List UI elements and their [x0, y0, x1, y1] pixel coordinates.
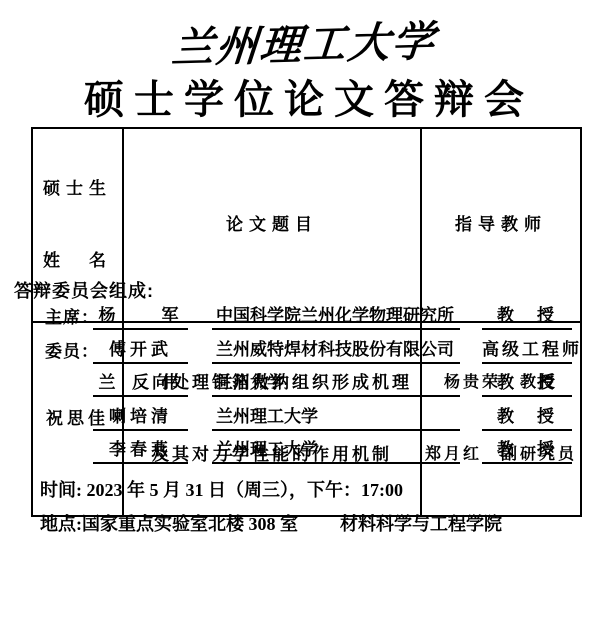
page-title: 硕士学位论文答辩会	[0, 68, 608, 125]
committee-row-chair: 主席： 杨 军 中国科学院兰州化学物理研究所 教 授	[0, 303, 608, 330]
committee-member-institution: 中国科学院兰州化学物理研究所	[212, 303, 460, 330]
committee-row-member: 兰 伟 兰州大学 教 授	[0, 370, 608, 397]
committee-member-name: 傅开武	[93, 337, 188, 364]
document-page: 兰州理工大学 硕士学位论文答辩会 硕士生 姓 名 论文题目 指导教师 祝思佳 反…	[0, 0, 608, 636]
committee-row-member: 委员： 傅开武 兰州威特焊材科技股份有限公司 高级工程师	[0, 337, 608, 364]
committee-member-title: 教 授	[482, 437, 572, 464]
committee-member-name: 兰 伟	[93, 370, 188, 397]
committee-section-heading: 答辩委员会组成:	[14, 277, 154, 303]
committee-member-name: 李春燕	[93, 437, 188, 464]
header-advisor: 指导教师	[421, 128, 581, 322]
committee-list: 主席： 杨 军 中国科学院兰州化学物理研究所 教 授 委员： 傅开武 兰州威特焊…	[0, 303, 608, 471]
header-thesis-title: 论文题目	[123, 128, 421, 322]
committee-member-institution: 兰州大学	[212, 370, 460, 397]
committee-member-title: 教 授	[482, 370, 572, 397]
committee-member-title: 高级工程师	[482, 337, 572, 364]
header-student-line2: 姓 名	[33, 249, 122, 273]
committee-member-name: 喇培清	[93, 404, 188, 431]
committee-member-institution: 兰州威特焊材科技股份有限公司	[212, 337, 460, 364]
committee-member-name: 杨 军	[93, 303, 188, 330]
committee-member-title: 教 授	[482, 303, 572, 330]
committee-role-label: 委员：	[45, 339, 93, 364]
defense-location-row: 地点:国家重点实验室北楼 308 室 材料科学与工程学院	[40, 510, 502, 536]
committee-role-label: 主席：	[45, 305, 93, 330]
defense-location: 地点:国家重点实验室北楼 308 室	[40, 510, 298, 536]
committee-row-member: 喇培清 兰州理工大学 教 授	[0, 404, 608, 431]
committee-member-institution: 兰州理工大学	[212, 404, 460, 431]
defense-time: 时间: 2023 年 5 月 31 日（周三），下午：17:00	[40, 476, 403, 502]
header-student-line1: 硕士生	[33, 177, 122, 201]
committee-row-member: 李春燕 兰州理工大学 教 授	[0, 437, 608, 464]
committee-member-institution: 兰州理工大学	[212, 437, 460, 464]
committee-member-title: 教 授	[482, 404, 572, 431]
college-name: 材料科学与工程学院	[340, 510, 502, 536]
